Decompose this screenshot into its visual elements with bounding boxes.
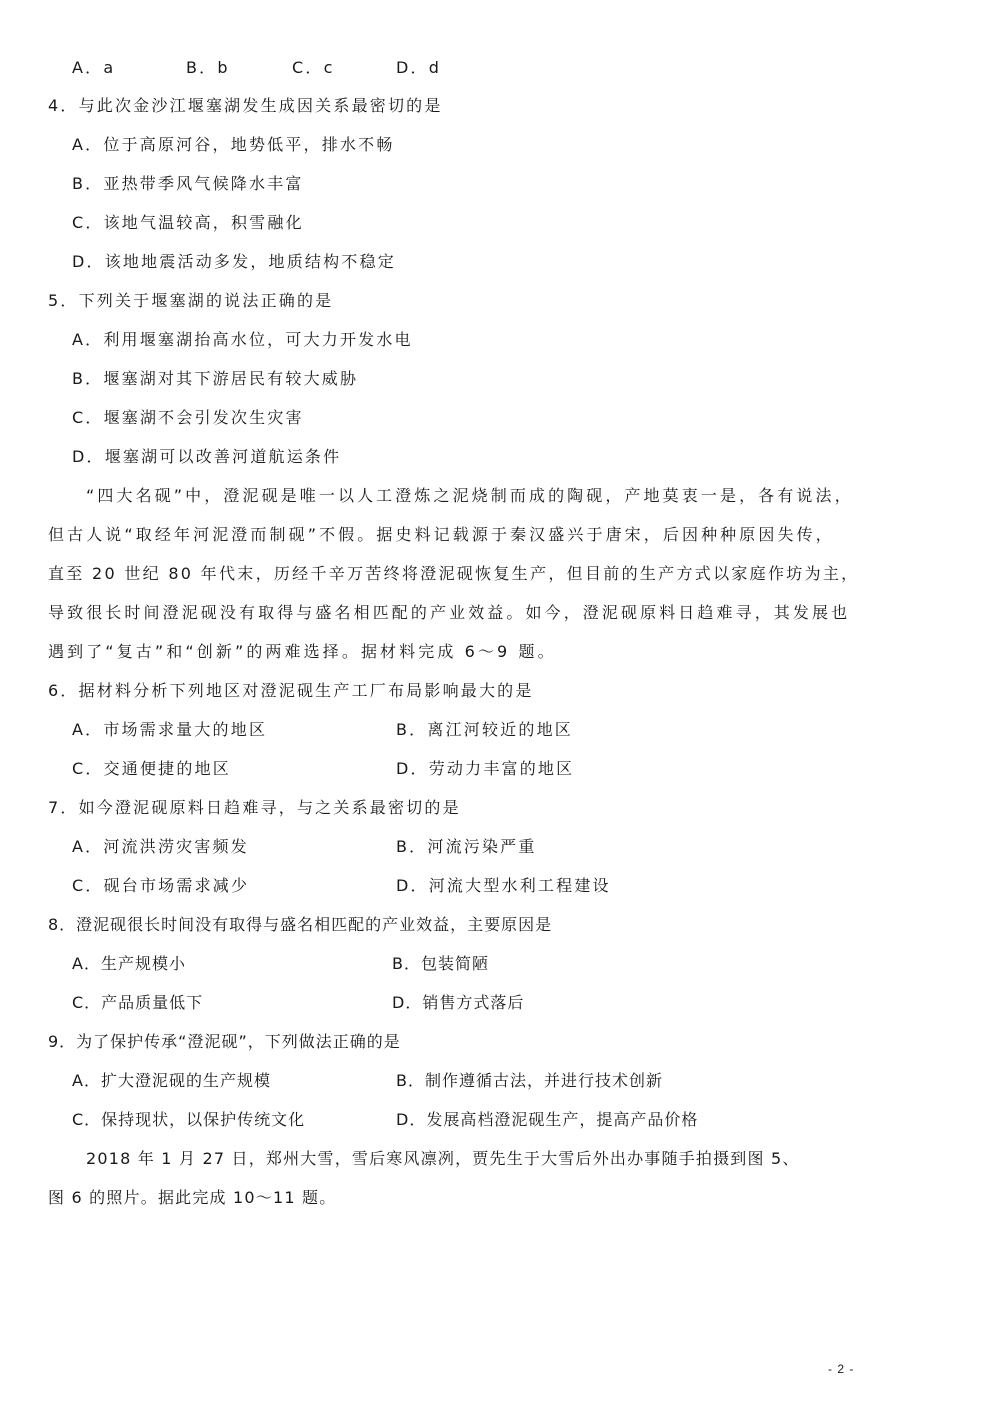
material-1-line-2: 但古人说“取经年河泥澄而制砚”不假。据史料记载源于秦汉盛兴于唐宋，后因种种原因失… [48,525,835,545]
question-8-stem: 8．澄泥砚很长时间没有取得与盛名相匹配的产业效益，主要原因是 [48,915,552,935]
question-8-option-c: C．产品质量低下 [72,993,203,1013]
question-9-stem: 9．为了保护传承“澄泥砚”，下列做法正确的是 [48,1032,401,1052]
question-9-option-c: C．保持现状，以保护传统文化 [72,1110,305,1130]
question-7-option-d: D．河流大型水利工程建设 [396,876,611,896]
question-7-stem: 7．如今澄泥砚原料日趋难寻，与之关系最密切的是 [48,798,461,818]
material-2-line-2: 图 6 的照片。据此完成 10～11 题。 [48,1188,336,1208]
question-5-option-c: C．堰塞湖不会引发次生灾害 [72,408,304,428]
page-number: - 2 - [828,1362,854,1376]
question-4-stem: 4．与此次金沙江堰塞湖发生成因关系最密切的是 [48,96,443,116]
q3-option-b: B．b [186,58,230,78]
question-7-option-c: C．砚台市场需求减少 [72,876,249,896]
question-9-option-a: A．扩大澄泥砚的生产规模 [72,1071,271,1091]
question-6-option-c: C．交通便捷的地区 [72,759,231,779]
question-5-option-a: A．利用堰塞湖抬高水位，可大力开发水电 [72,330,413,350]
q3-option-c: C．c [292,58,335,78]
material-1-line-4: 导致很长时间澄泥砚没有取得与盛名相匹配的产业效益。如今，澄泥砚原料日趋难寻，其发… [48,603,850,623]
material-2-line-1: 2018 年 1 月 27 日，郑州大雪，雪后寒风凛冽，贾先生于大雪后外出办事随… [86,1149,800,1169]
question-6-option-b: B．离江河较近的地区 [396,720,573,740]
question-5-option-d: D．堰塞湖可以改善河道航运条件 [72,447,341,467]
question-9-option-b: B．制作遵循古法，并进行技术创新 [396,1071,663,1091]
material-1-line-3: 直至 20 世纪 80 年代末，历经千辛万苦终将澄泥砚恢复生产，但目前的生产方式… [48,564,859,584]
question-4-option-b: B．亚热带季风气候降水丰富 [72,174,304,194]
question-7-option-a: A．河流洪涝灾害频发 [72,837,249,857]
question-4-option-c: C．该地气温较高，积雪融化 [72,213,304,233]
question-4-option-d: D．该地地震活动多发，地质结构不稳定 [72,252,396,272]
q3-option-d: D．d [396,58,441,78]
question-9-option-d: D．发展高档澄泥砚生产，提高产品价格 [396,1110,698,1130]
question-8-option-b: B．包装简陋 [392,954,489,974]
question-5-stem: 5．下列关于堰塞湖的说法正确的是 [48,291,333,311]
question-5-option-b: B．堰塞湖对其下游居民有较大威胁 [72,369,358,389]
question-4-option-a: A．位于高原河谷，地势低平，排水不畅 [72,135,395,155]
question-8-option-d: D．销售方式落后 [392,993,524,1013]
q3-option-a: A．a [72,58,115,78]
question-8-option-a: A．生产规模小 [72,954,186,974]
question-6-option-a: A．市场需求量大的地区 [72,720,267,740]
material-1-line-1: “四大名砚”中，澄泥砚是唯一以人工澄炼之泥烧制而成的陶砚，产地莫衷一是，各有说法… [86,486,854,506]
question-6-stem: 6．据材料分析下列地区对澄泥砚生产工厂布局影响最大的是 [48,681,534,701]
question-7-option-b: B．河流污染严重 [396,837,537,857]
question-6-option-d: D．劳动力丰富的地区 [396,759,574,779]
material-1-line-5: 遇到了“复古”和“创新”的两难选择。据材料完成 6～9 题。 [48,642,557,662]
